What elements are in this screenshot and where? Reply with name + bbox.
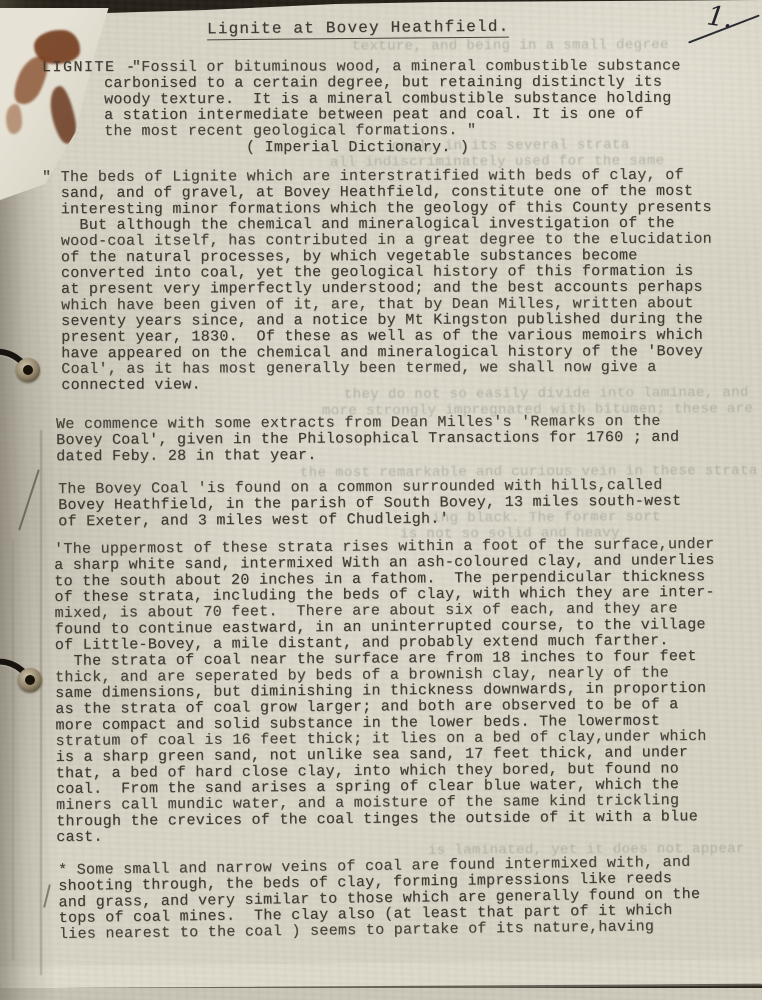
definition-text: "Fossil or bituminous wood, a mineral co… — [104, 58, 681, 140]
definition-attribution: ( Imperial Dictionary. ) — [246, 140, 469, 156]
typed-line: connected view. — [43, 376, 713, 394]
paragraph-strata-description: 'The uppermost of these strata rises wit… — [54, 537, 717, 846]
bleedthrough-text-line: texture, and being in a small degree — [352, 37, 669, 55]
typed-line: dated Feby. 28 in that year. — [56, 446, 679, 465]
paragraph-veins-footnote: * Some small and narrow veins of coal ar… — [58, 855, 701, 943]
typed-line: Coal', as it has most generally been ter… — [43, 360, 713, 378]
typed-line: "Fossil or bituminous wood, a mineral co… — [104, 58, 681, 76]
document-title: Lignite at Bovey Heathfield. — [207, 19, 510, 41]
typed-line: which have been given of it, are, that b… — [42, 296, 712, 314]
ring-hole — [23, 365, 33, 375]
paragraph-we-commence: We commence with some extracts from Dean… — [56, 414, 679, 465]
rust-stain — [6, 104, 22, 134]
bottom-sheet — [0, 988, 762, 1000]
ring-hole — [25, 675, 35, 685]
typed-line: of the natural processes, by which veget… — [42, 248, 712, 266]
paragraph-bovey-coal-location: The Bovey Coal 'is found on a common sur… — [58, 478, 682, 530]
typed-line: We commence with some extracts from Dean… — [56, 414, 679, 433]
left-crease-line-2 — [12, 540, 14, 960]
paragraph-beds-of-lignite: " The beds of Lignite which are interstr… — [42, 168, 712, 394]
scanned-document-photo: { "page": { "number": "1.", "title": "Li… — [0, 0, 762, 1000]
typed-line: interesting minor formations which the g… — [42, 200, 712, 218]
typed-line: " The beds of Lignite which are interstr… — [42, 168, 712, 186]
typed-line: the most recent geological formations. " — [104, 122, 681, 140]
typed-line: woody texture. It is a mineral combustib… — [104, 91, 681, 109]
